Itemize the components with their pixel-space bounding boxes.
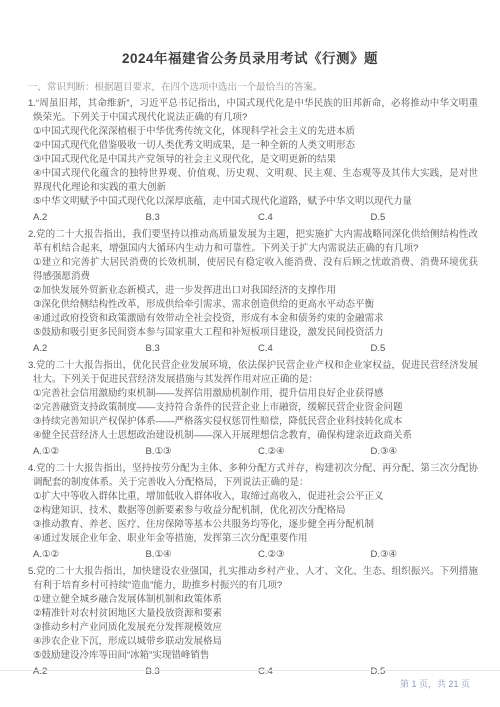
answer-option: C.②③ xyxy=(253,548,366,562)
question-item: ②构建知识、技术、数据等创新要素参与收益分配机制，优化初次分配格局 xyxy=(28,504,478,518)
answer-option: B.3 xyxy=(141,211,254,225)
question-item: ④通过政府投资和政策激励有效带动全社会投资，形成有本金和债务约束的金融需求 xyxy=(28,312,478,326)
answer-option: B.①④ xyxy=(141,548,254,562)
options-row: A.2B.3C.4D.5 xyxy=(28,211,478,225)
question-block: 5.党的二十大报告指出，加快建设农业强国，扎实推动乡村产业、人才、文化、生态、组… xyxy=(28,565,478,679)
answer-option: A.①② xyxy=(28,445,141,459)
question-item: ②精准针对农村贫困地区大量投放资源和要素 xyxy=(28,607,478,621)
footer-divider xyxy=(0,670,500,671)
answer-option: D.5 xyxy=(366,211,479,225)
options-row: A.2B.3C.4D.5 xyxy=(28,342,478,356)
answer-option: A.2 xyxy=(28,342,141,356)
question-item: ③推动教育、养老、医疗、住房保障等基本公共服务均等化，逐步健全再分配机制 xyxy=(28,518,478,532)
question-item: ⑤鼓励和吸引更多民间资本参与国家重大工程和补短板项目建设，激发民间投资活力 xyxy=(28,326,478,340)
answer-option: C.4 xyxy=(253,665,366,679)
question-item: ②加快发展外贸新业态新模式，进一步发挥进出口对我国经济的支撑作用 xyxy=(28,284,478,298)
question-stem: 4.党的二十大报告指出，坚持按劳分配为主体、多种分配方式并存，构建初次分配、再分… xyxy=(28,462,478,490)
question-item: ②中国式现代化借鉴吸收一切人类优秀文明成果，是一种全新的人类文明形态 xyxy=(28,139,478,153)
question-item: ④通过发展企业年金、职业年金等措施，发挥第三次分配重要作用 xyxy=(28,532,478,546)
question-item: ①中国式现代化深深植根于中华优秀传统文化，体现科学社会主义的先进本质 xyxy=(28,125,478,139)
answer-option: C.②④ xyxy=(253,445,366,459)
exam-document-page: 2024年福建省公务员录用考试《行测》题 一、常识判断：根据题目要求，在四个选项… xyxy=(0,0,500,707)
answer-option: C.4 xyxy=(253,342,366,356)
question-stem: 5.党的二十大报告指出，加快建设农业强国，扎实推动乡村产业、人才、文化、生态、组… xyxy=(28,565,478,593)
answer-option: C.4 xyxy=(253,211,366,225)
question-item: ④健全民营经济人士思想政治建设机制——深入开展理想信念教育，确保构建亲近政商关系 xyxy=(28,429,478,443)
question-block: 3.党的二十大报告指出，优化民营企业发展环境，依法保护民营企业产权和企业家权益，… xyxy=(28,359,478,459)
answer-option: D.③④ xyxy=(366,445,479,459)
question-stem: 2.党的二十大报告指出，我们要坚持以推动高质量发展为主题，把实施扩大内需战略同深… xyxy=(28,228,478,256)
question-item: ①建立和完善扩大居民消费的长效机制，使居民有稳定收入能消费、没有后顾之忧敢消费、… xyxy=(28,256,478,284)
question-block: 4.党的二十大报告指出，坚持按劳分配为主体、多种分配方式并存，构建初次分配、再分… xyxy=(28,462,478,562)
answer-option: A.2 xyxy=(28,665,141,679)
options-row: A.①②B.①③C.②④D.③④ xyxy=(28,445,478,459)
question-block: 2.党的二十大报告指出，我们要坚持以推动高质量发展为主题，把实施扩大内需战略同深… xyxy=(28,228,478,356)
question-stem: 1.“周虽旧邦，其命维新”，习近平总书记指出，中国式现代化是中华民族的旧邦新命，… xyxy=(28,97,478,125)
answer-option: B.3 xyxy=(141,342,254,356)
question-item: ①扩大中等收入群体比重，增加低收入群体收入，取缔过高收入，促进社会公平正义 xyxy=(28,490,478,504)
answer-option: B.①③ xyxy=(141,445,254,459)
question-item: ⑤鼓励建设冷库等田间“冰箱”实现错峰销售 xyxy=(28,649,478,663)
options-row: A.①②B.①④C.②③D.③④ xyxy=(28,548,478,562)
answer-option: A.①② xyxy=(28,548,141,562)
question-item: ③中国式现代化是中国共产党领导的社会主义现代化，是文明更新的结果 xyxy=(28,153,478,167)
page-indicator: 第 1 页，共 21 页 xyxy=(400,677,470,690)
question-block: 1.“周虽旧邦，其命维新”，习近平总书记指出，中国式现代化是中华民族的旧邦新命，… xyxy=(28,97,478,225)
page-title: 2024年福建省公务员录用考试《行测》题 xyxy=(0,0,500,67)
question-item: ③推动乡村产业同质化发展充分发挥规模效应 xyxy=(28,621,478,635)
questions: 1.“周虽旧邦，其命维新”，习近平总书记指出，中国式现代化是中华民族的旧邦新命，… xyxy=(28,97,478,679)
answer-option: B.3 xyxy=(141,665,254,679)
question-item: ④涉农企业下沉，形成以城带乡联动发展格局 xyxy=(28,635,478,649)
answer-option: D.③④ xyxy=(366,548,479,562)
question-item: ②完善融资支持政策制度——支持符合条件的民营企业上市融资，缓解民营企业资金问题 xyxy=(28,401,478,415)
document-content: 一、常识判断：根据题目要求，在四个选项中选出一个最恰当的答案。 1.“周虽旧邦，… xyxy=(0,67,500,679)
section-header: 一、常识判断：根据题目要求，在四个选项中选出一个最恰当的答案。 xyxy=(28,81,478,95)
question-item: ①建立健全城乡融合发展体制机制和政策体系 xyxy=(28,593,478,607)
question-item: ①完善社会信用激励约束机制——发挥信用激励机制作用，提升信用良好企业获得感 xyxy=(28,387,478,401)
answer-option: D.5 xyxy=(366,342,479,356)
question-item: ④中国式现代化蕴含的独特世界观、价值观、历史观、文明观、民主观、生态观等及其伟大… xyxy=(28,167,478,195)
question-item: ⑤中华文明赋予中国式现代化以深厚底蕴，走中国式现代化道路，赋予中华文明以现代力量 xyxy=(28,195,478,209)
question-item: ③深化供给侧结构性改革，形成供给牵引需求、需求创造供给的更高水平动态平衡 xyxy=(28,298,478,312)
answer-option: A.2 xyxy=(28,211,141,225)
question-stem: 3.党的二十大报告指出，优化民营企业发展环境，依法保护民营企业产权和企业家权益，… xyxy=(28,359,478,387)
question-item: ③持续完善知识产权保护体系——严格落实侵权惩罚性赔偿，降低民营企业科技转化成本 xyxy=(28,415,478,429)
